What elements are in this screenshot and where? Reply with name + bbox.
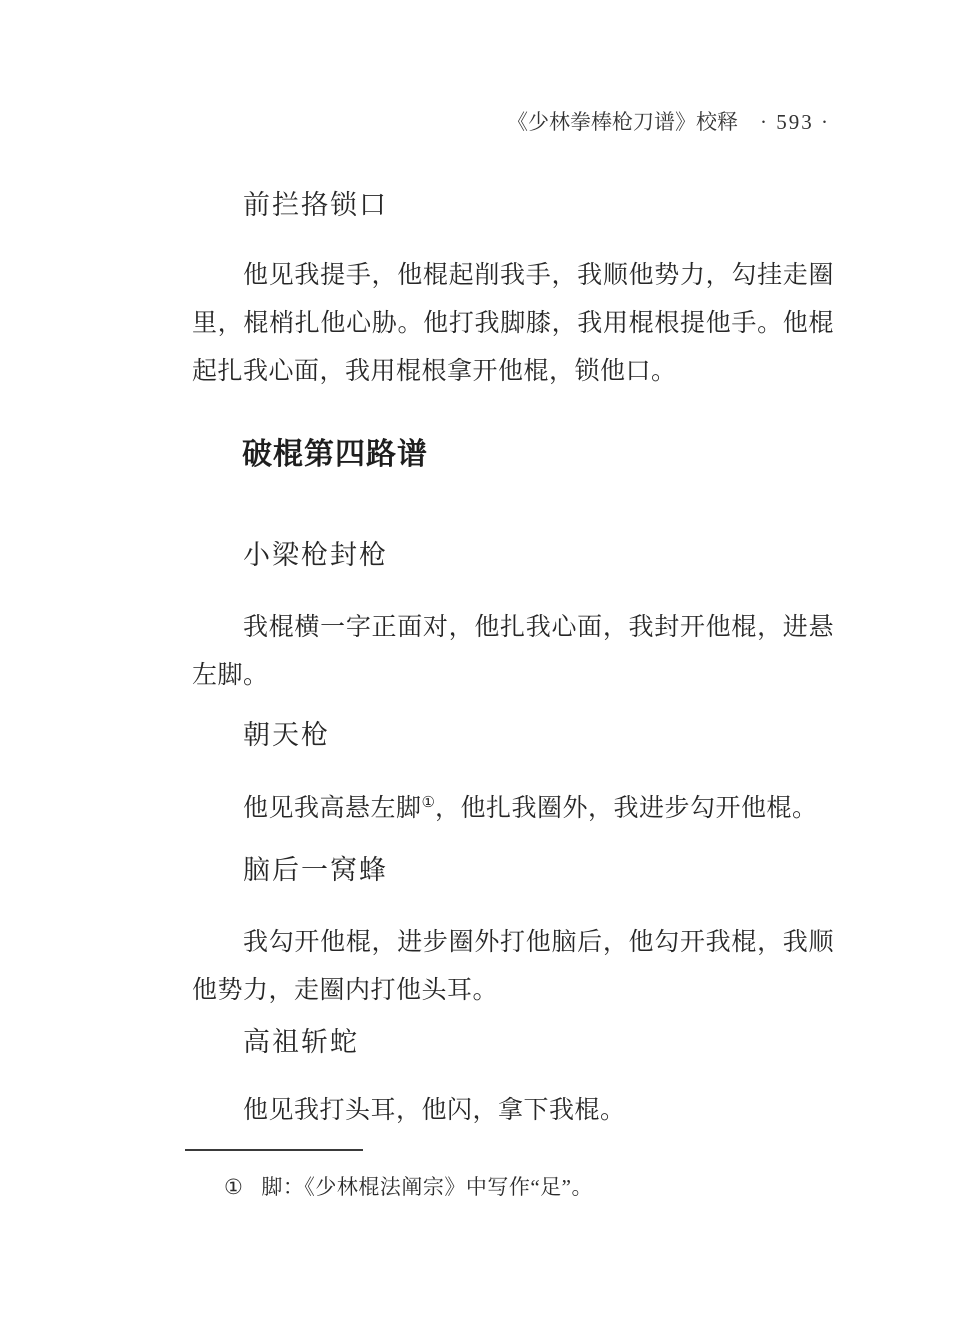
- running-header: 《少林拳棒枪刀谱》校释· 593 ·: [507, 108, 830, 136]
- footnote-marker: ①: [224, 1175, 243, 1199]
- section-heading-gao-zu-zhan-she: 高祖斩蛇: [243, 1025, 359, 1059]
- section-heading-qian-lan-ge-suo-kou: 前拦挌锁口: [243, 188, 388, 222]
- paragraph-text-after-note: ，他扎我圈外，我进步勾开他棍。: [435, 795, 818, 822]
- footnote: ①脚：《少林棍法阐宗》中写作“足”。: [224, 1172, 836, 1202]
- chapter-heading-po-gun-di-si-lu-pu: 破棍第四路谱: [242, 436, 428, 474]
- paragraph-gao-zu-zhan-she: 他见我打头耳，他闪，拿下我棍。: [192, 1087, 834, 1135]
- footnote-reference-mark: ①: [422, 795, 435, 811]
- paragraph-text-before-note: 他见我高悬左脚: [243, 795, 422, 822]
- footnote-text: 脚：《少林棍法阐宗》中写作“足”。: [261, 1175, 593, 1199]
- book-title: 《少林拳棒枪刀谱》校释: [507, 110, 738, 134]
- section-heading-xiao-liang-qiang-feng-qiang: 小梁枪封枪: [243, 538, 388, 572]
- paragraph-xiao-liang-qiang-feng-qiang: 我棍横一字正面对，他扎我心面，我封开他棍，进悬左脚。: [192, 604, 834, 700]
- paragraph-nao-hou-yi-wo-feng: 我勾开他棍，进步圈外打他脑后，他勾开我棍，我顺他势力，走圈内打他头耳。: [192, 919, 834, 1015]
- page-number: · 593 ·: [760, 110, 830, 134]
- book-page: 《少林拳棒枪刀谱》校释· 593 · 前拦挌锁口 他见我提手，他棍起削我手，我顺…: [0, 0, 960, 1344]
- paragraph-chao-tian-qiang: 他见我高悬左脚①，他扎我圈外，我进步勾开他棍。: [192, 779, 834, 833]
- footnote-divider: [185, 1149, 363, 1151]
- section-heading-chao-tian-qiang: 朝天枪: [243, 718, 330, 752]
- section-heading-nao-hou-yi-wo-feng: 脑后一窝蜂: [243, 853, 388, 887]
- paragraph-qian-lan-ge-suo-kou: 他见我提手，他棍起削我手，我顺他势力，勾挂走圈里，棍梢扎他心胁。他打我脚膝，我用…: [192, 252, 834, 396]
